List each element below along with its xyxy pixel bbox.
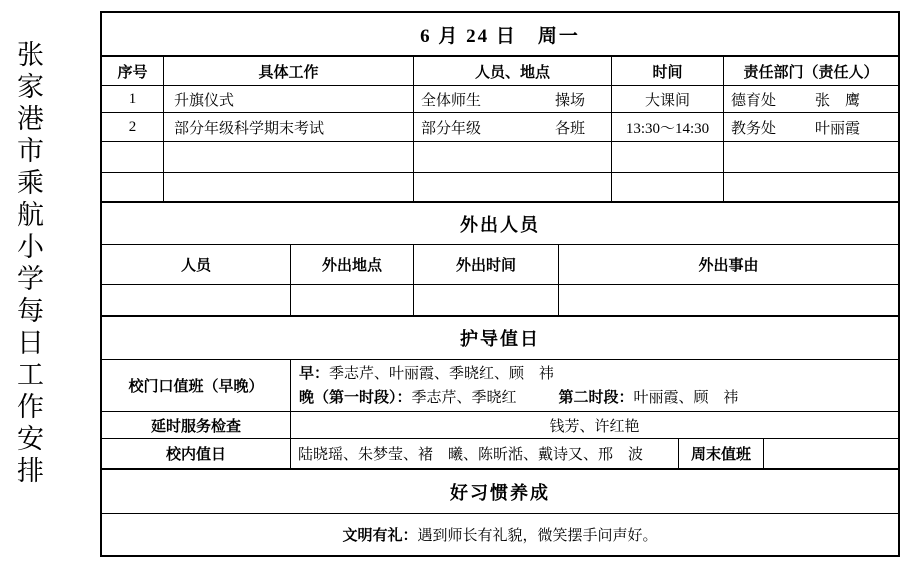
cell-dept-person: 叶丽霞 [815, 117, 860, 138]
outing-header-reason: 外出事由 [559, 245, 898, 284]
duty-section-title: 护导值日 [102, 317, 898, 360]
gate-duty-row: 校门口值班（早晚） 早：季志芹、叶丽霞、季晓红、顾 祎 晚（第一时段）：季志芹、… [102, 360, 898, 412]
school-vertical-title: 张家港市乘航小学每日工作安排 [8, 40, 48, 510]
campus-duty-row: 校内值日 陆晓瑶、朱梦莹、褚 曦、陈昕湉、戴诗又、邢 波 周末值班 [102, 439, 898, 470]
cell-work: 部分年级科学期末考试 [164, 113, 414, 141]
header-work: 具体工作 [164, 57, 414, 85]
table-row: 2 部分年级科学期末考试 部分年级 各班 13:30～14:30 教务处 叶丽霞 [102, 113, 898, 142]
cell-people: 全体师生 [421, 89, 481, 110]
cell-time: 13:30～14:30 [612, 113, 724, 141]
header-time: 时间 [612, 57, 724, 85]
cell-dept: 教务处 叶丽霞 [724, 113, 898, 141]
gate-evening2-label: 第二时段： [559, 390, 634, 406]
campus-duty-label: 校内值日 [102, 439, 291, 468]
header-people-place: 人员、地点 [414, 57, 612, 85]
cell-place: 各班 [555, 117, 585, 138]
main-header-row: 序号 具体工作 人员、地点 时间 责任部门（责任人） [102, 57, 898, 86]
gate-morning-label: 早： [299, 366, 329, 382]
table-row-empty [102, 173, 898, 203]
cell-dept-person: 张 鹰 [815, 89, 860, 110]
cell-people: 部分年级 [421, 117, 481, 138]
header-no: 序号 [102, 57, 164, 85]
outing-header-time: 外出时间 [414, 245, 559, 284]
outing-row-empty [102, 285, 898, 317]
habit-section-title: 好习惯养成 [102, 470, 898, 514]
header-dept: 责任部门（责任人） [724, 57, 898, 85]
cell-no: 1 [102, 86, 164, 112]
delay-check-label: 延时服务检查 [102, 412, 291, 438]
habit-item-text: 遇到师长有礼貌，微笑摆手问声好。 [418, 524, 658, 545]
outing-header-row: 人员 外出地点 外出时间 外出事由 [102, 245, 898, 285]
gate-evening1-label: 晚（第一时段）： [299, 390, 412, 406]
cell-no: 2 [102, 113, 164, 141]
cell-work: 升旗仪式 [164, 86, 414, 112]
table-row: 1 升旗仪式 全体师生 操场 大课间 德育处 张 鹰 [102, 86, 898, 113]
weekend-duty-value [764, 439, 898, 468]
cell-place: 操场 [555, 89, 585, 110]
outing-section-title: 外出人员 [102, 203, 898, 245]
delay-check-row: 延时服务检查 钱芳、许红艳 [102, 412, 898, 439]
weekend-duty-label: 周末值班 [679, 439, 764, 468]
gate-evening2-names: 叶丽霞、顾 祎 [634, 390, 739, 406]
date-title: 6 月 24 日 周一 [420, 21, 580, 48]
daily-schedule-sheet: 6 月 24 日 周一 序号 具体工作 人员、地点 时间 责任部门（责任人） 1… [100, 11, 900, 557]
cell-people-place: 全体师生 操场 [414, 86, 612, 112]
delay-check-names: 钱芳、许红艳 [291, 412, 898, 438]
gate-morning-names: 季志芹、叶丽霞、季晓红、顾 祎 [329, 366, 554, 382]
table-row-empty [102, 142, 898, 173]
gate-duty-content: 早：季志芹、叶丽霞、季晓红、顾 祎 晚（第一时段）：季志芹、季晓红第二时段：叶丽… [291, 360, 898, 411]
cell-dept-name: 教务处 [731, 117, 776, 138]
cell-dept: 德育处 张 鹰 [724, 86, 898, 112]
gate-evening1-names: 季志芹、季晓红 [412, 390, 517, 406]
habit-item-row: 文明有礼：遇到师长有礼貌，微笑摆手问声好。 [102, 514, 898, 555]
cell-dept-name: 德育处 [731, 89, 776, 110]
outing-header-place: 外出地点 [291, 245, 414, 284]
campus-duty-names: 陆晓瑶、朱梦莹、褚 曦、陈昕湉、戴诗又、邢 波 [291, 439, 679, 468]
cell-people-place: 部分年级 各班 [414, 113, 612, 141]
outing-header-people: 人员 [102, 245, 291, 284]
habit-item-label: 文明有礼： [342, 524, 417, 545]
cell-time: 大课间 [612, 86, 724, 112]
gate-duty-label: 校门口值班（早晚） [102, 360, 291, 411]
date-title-row: 6 月 24 日 周一 [102, 13, 898, 57]
